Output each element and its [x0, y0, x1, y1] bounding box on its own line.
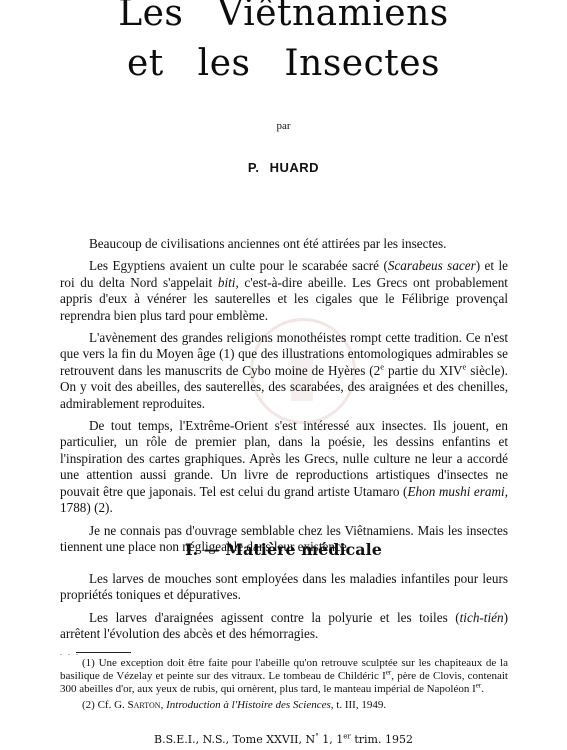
- italic-text: biti: [218, 275, 236, 290]
- text-run: Beaucoup de civilisations anciennes ont …: [89, 236, 446, 251]
- author-name: P. HUARD: [0, 160, 567, 175]
- text-run: Les Egyptiens avaient un culte pour le s…: [89, 258, 388, 273]
- italic-text: Introduction à l'Histoire des Sciences: [166, 699, 331, 711]
- text-run: , t. III, 1949.: [331, 699, 386, 711]
- footnotes: (1) Une exception doit être faite pour l…: [60, 657, 508, 714]
- text-run: (2) Cf. G.: [82, 699, 128, 711]
- paragraph: Les Egyptiens avaient un culte pour le s…: [60, 258, 508, 324]
- section-heading: I. — Matière médicale: [0, 540, 567, 559]
- italic-text: tich-tién: [460, 610, 504, 625]
- text-run: .: [481, 683, 484, 695]
- italic-text: Ehon mushi erami: [407, 484, 504, 499]
- paragraph: Les larves de mouches sont employées dan…: [60, 571, 508, 604]
- paragraph: L'avènement des grandes religions monoth…: [60, 330, 508, 412]
- journal-citation: B.S.E.I., N.S., Tome XXVII, N° 1, 1er tr…: [0, 733, 567, 746]
- text-run: Les larves d'araignées agissent contre l…: [89, 610, 460, 625]
- byline-par: par: [0, 120, 567, 132]
- intro-body: Beaucoup de civilisations anciennes ont …: [60, 236, 508, 555]
- title-line-2: et les Insectes: [0, 44, 567, 84]
- paragraph: De tout temps, l'Extrême-Orient s'est in…: [60, 418, 508, 516]
- footnote-separator-rule: [76, 652, 131, 653]
- italic-text: Scarabeus sacer: [388, 258, 476, 273]
- document-page: Les Viêtnamiens et les Insectes par P. H…: [0, 0, 567, 750]
- paragraph: Les larves d'araignées agissent contre l…: [60, 610, 508, 643]
- paragraph: Beaucoup de civilisations anciennes ont …: [60, 236, 508, 252]
- text-run: Les larves de mouches sont employées dan…: [60, 571, 508, 602]
- title-line-1: Les Viêtnamiens: [0, 0, 567, 34]
- text-run: Sarton: [128, 699, 161, 711]
- footnote: (2) Cf. G. Sarton, Introduction à l'Hist…: [60, 699, 508, 712]
- section-body: Les larves de mouches sont employées dan…: [60, 571, 508, 649]
- footnote: (1) Une exception doit être faite pour l…: [60, 657, 508, 697]
- text-run: partie du XIV: [384, 363, 462, 378]
